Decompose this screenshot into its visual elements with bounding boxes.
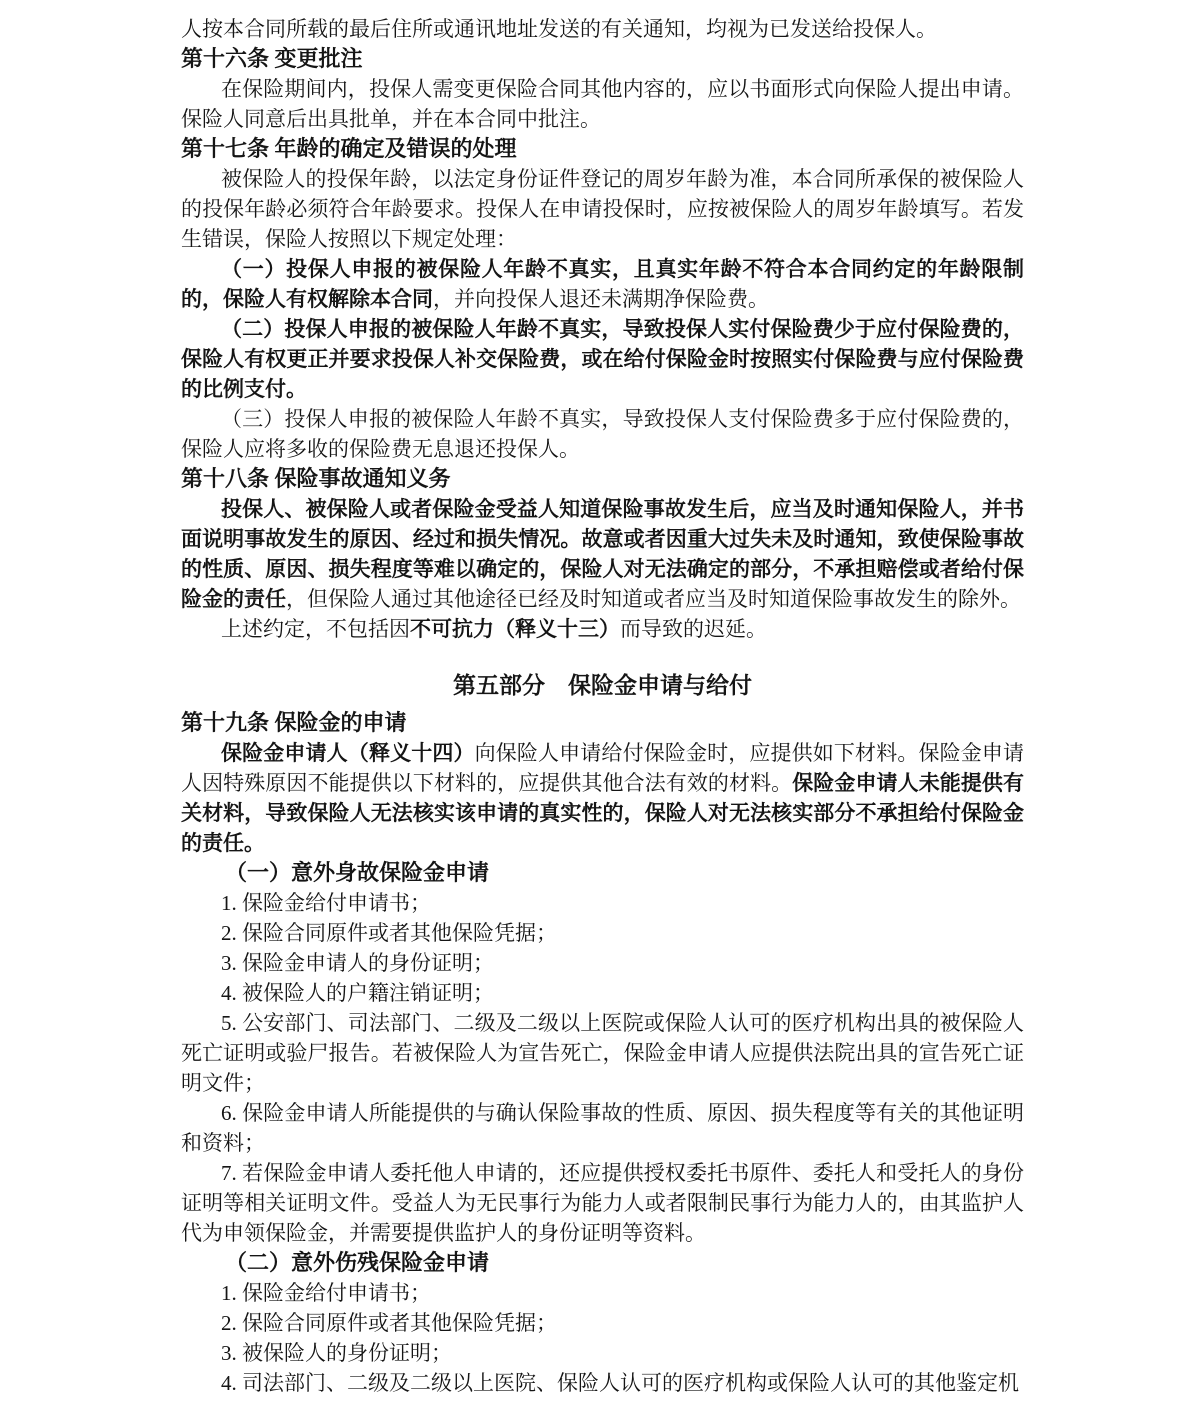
list-item: 7. 若保险金申请人委托他人申请的，还应提供授权委托书原件、委托人和受托人的身份… (181, 1158, 1024, 1248)
text-run: （一）意外身故保险金申请 (225, 860, 489, 885)
list-item: 3. 保险金申请人的身份证明； (181, 948, 1024, 978)
text-run: 5. 公安部门、司法部门、二级及二级以上医院或保险人认可的医疗机构出具的被保险人… (181, 1011, 1024, 1095)
sub-heading: （一）意外身故保险金申请 (181, 858, 1024, 888)
text-run: 第十九条 保险金的申请 (181, 710, 407, 735)
article-heading: 第十七条 年龄的确定及错误的处理 (181, 134, 1024, 164)
list-item: 6. 保险金申请人所能提供的与确认保险事故的性质、原因、损失程度等有关的其他证明… (181, 1098, 1024, 1158)
paragraph: （一）投保人申报的被保险人年龄不真实，且真实年龄不符合本合同约定的年龄限制的，保… (181, 254, 1024, 314)
continuation: 人按本合同所载的最后住所或通讯地址发送的有关通知，均视为已发送给投保人。 (181, 14, 1024, 44)
article-heading: 第十八条 保险事故通知义务 (181, 464, 1024, 494)
list-item: 2. 保险合同原件或者其他保险凭据； (181, 918, 1024, 948)
text-run: 上述约定，不包括因 (221, 617, 410, 641)
list-item: 2. 保险合同原件或者其他保险凭据； (181, 1308, 1024, 1338)
paragraph: 投保人、被保险人或者保险金受益人知道保险事故发生后，应当及时通知保险人，并书面说… (181, 494, 1024, 614)
paragraph: 上述约定，不包括因不可抗力（释义十三）而导致的迟延。 (181, 614, 1024, 644)
text-run: 2. 保险合同原件或者其他保险凭据； (221, 1311, 557, 1335)
list-item: 3. 被保险人的身份证明； (181, 1338, 1024, 1368)
text-run: 6. 保险金申请人所能提供的与确认保险事故的性质、原因、损失程度等有关的其他证明… (181, 1101, 1024, 1155)
text-run: 保险金申请人（释义十四） (221, 741, 475, 765)
text-run: 在保险期间内，投保人需变更保险合同其他内容的，应以书面形式向保险人提出申请。保险… (181, 77, 1024, 131)
text-run: ，但保险人通过其他途径已经及时知道或者应当及时知道保险事故发生的除外。 (286, 587, 1021, 611)
text-run: 第五部分 保险金申请与给付 (453, 673, 752, 698)
list-item: 1. 保险金给付申请书； (181, 888, 1024, 918)
text-run: 人按本合同所载的最后住所或通讯地址发送的有关通知，均视为已发送给投保人。 (181, 17, 937, 41)
text-run: 不可抗力（释义十三） (410, 617, 620, 641)
paragraph: 保险金申请人（释义十四）向保险人申请给付保险金时，应提供如下材料。保险金申请人因… (181, 738, 1024, 858)
paragraph: 在保险期间内，投保人需变更保险合同其他内容的，应以书面形式向保险人提出申请。保险… (181, 74, 1024, 134)
sub-heading: （二）意外伤残保险金申请 (181, 1248, 1024, 1278)
text-run: 第十六条 变更批注 (181, 46, 363, 71)
text-run: 1. 保险金给付申请书； (221, 1281, 431, 1305)
list-item: 1. 保险金给付申请书； (181, 1278, 1024, 1308)
list-item: 4. 司法部门、二级及二级以上医院、保险人认可的医疗机构或保险人认可的其他鉴定机 (181, 1368, 1024, 1398)
text-run: ，并向投保人退还未满期净保险费。 (433, 287, 769, 311)
section-heading: 第五部分 保险金申请与给付 (181, 671, 1024, 701)
text-run: 第十八条 保险事故通知义务 (181, 466, 451, 491)
text-run: 3. 保险金申请人的身份证明； (221, 951, 494, 975)
text-run: 被保险人的投保年龄，以法定身份证件登记的周岁年龄为准，本合同所承保的被保险人的投… (181, 167, 1024, 251)
text-run: 2. 保险合同原件或者其他保险凭据； (221, 921, 557, 945)
article-heading: 第十九条 保险金的申请 (181, 708, 1024, 738)
article-heading: 第十六条 变更批注 (181, 44, 1024, 74)
paragraph: （二）投保人申报的被保险人年龄不真实，导致投保人实付保险费少于应付保险费的，保险… (181, 314, 1024, 404)
text-run: 4. 司法部门、二级及二级以上医院、保险人认可的医疗机构或保险人认可的其他鉴定机 (221, 1371, 1019, 1395)
text-run: 第十七条 年龄的确定及错误的处理 (181, 136, 517, 161)
text-run: （二）投保人申报的被保险人年龄不真实，导致投保人实付保险费少于应付保险费的，保险… (181, 317, 1024, 401)
text-run: 3. 被保险人的身份证明； (221, 1341, 452, 1365)
text-run: 4. 被保险人的户籍注销证明； (221, 981, 494, 1005)
list-item: 5. 公安部门、司法部门、二级及二级以上医院或保险人认可的医疗机构出具的被保险人… (181, 1008, 1024, 1098)
contract-document-page: 人按本合同所载的最后住所或通讯地址发送的有关通知，均视为已发送给投保人。第十六条… (0, 0, 1190, 1405)
text-run: 7. 若保险金申请人委托他人申请的，还应提供授权委托书原件、委托人和受托人的身份… (181, 1161, 1024, 1245)
text-run: （三）投保人申报的被保险人年龄不真实，导致投保人支付保险费多于应付保险费的，保险… (181, 407, 1024, 461)
text-run: （二）意外伤残保险金申请 (225, 1250, 489, 1275)
text-run: 1. 保险金给付申请书； (221, 891, 431, 915)
paragraph: （三）投保人申报的被保险人年龄不真实，导致投保人支付保险费多于应付保险费的，保险… (181, 404, 1024, 464)
list-item: 4. 被保险人的户籍注销证明； (181, 978, 1024, 1008)
paragraph: 被保险人的投保年龄，以法定身份证件登记的周岁年龄为准，本合同所承保的被保险人的投… (181, 164, 1024, 254)
text-run: 而导致的迟延。 (620, 617, 767, 641)
